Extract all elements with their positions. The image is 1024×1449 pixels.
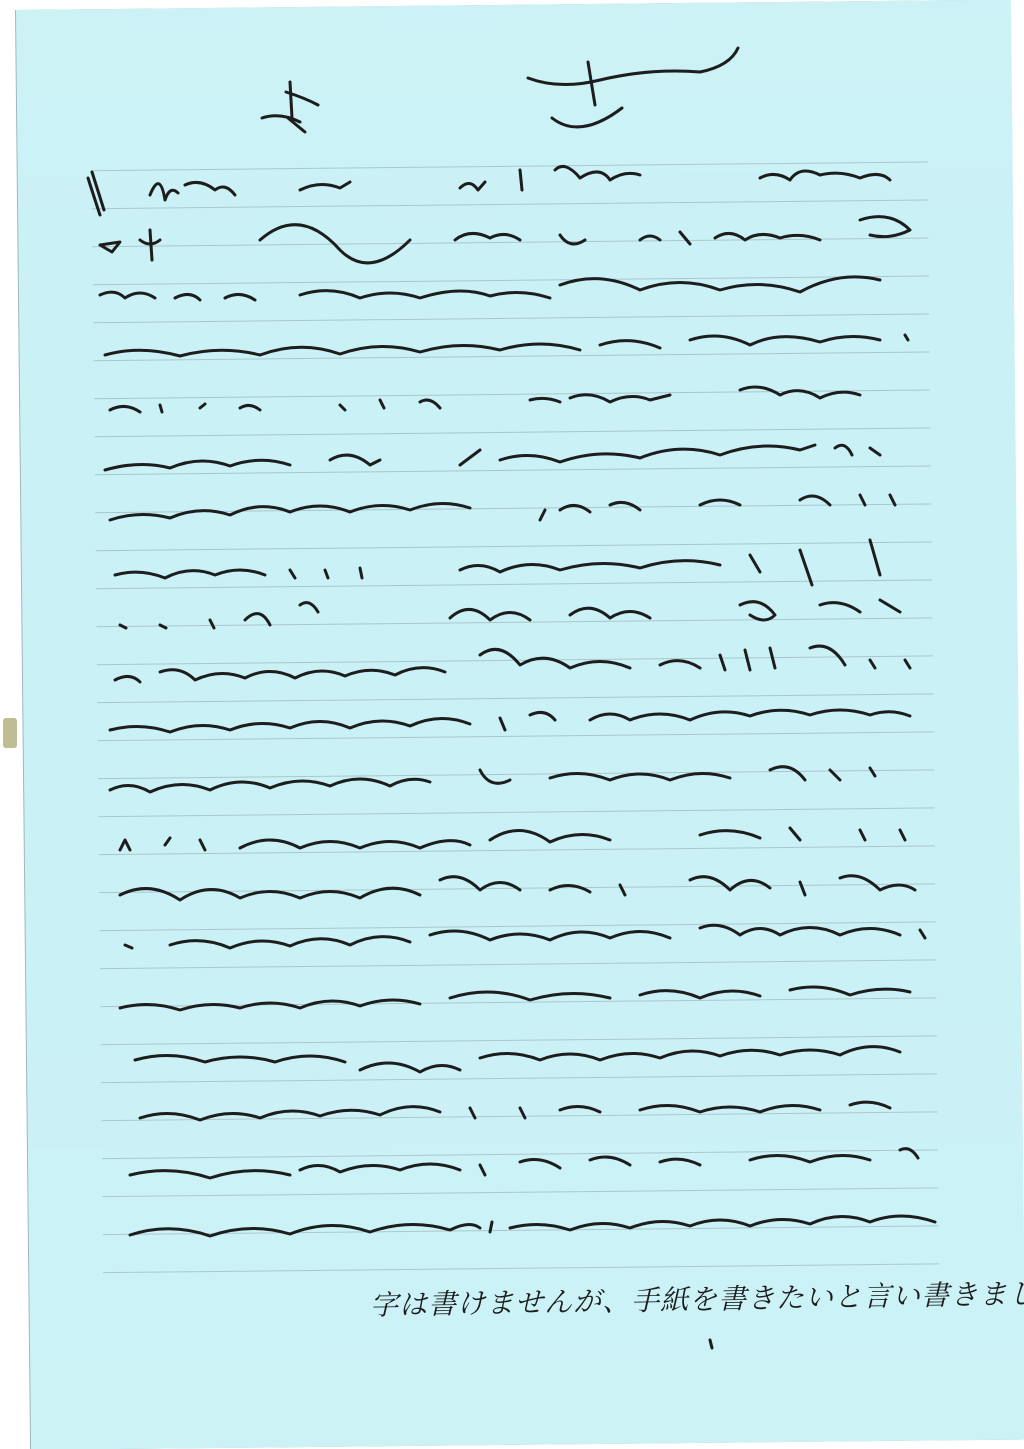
tape-mark xyxy=(3,718,17,748)
ruled-lines xyxy=(91,124,939,1273)
ruled-line xyxy=(103,1226,939,1273)
paper-sheet xyxy=(16,0,1024,1449)
